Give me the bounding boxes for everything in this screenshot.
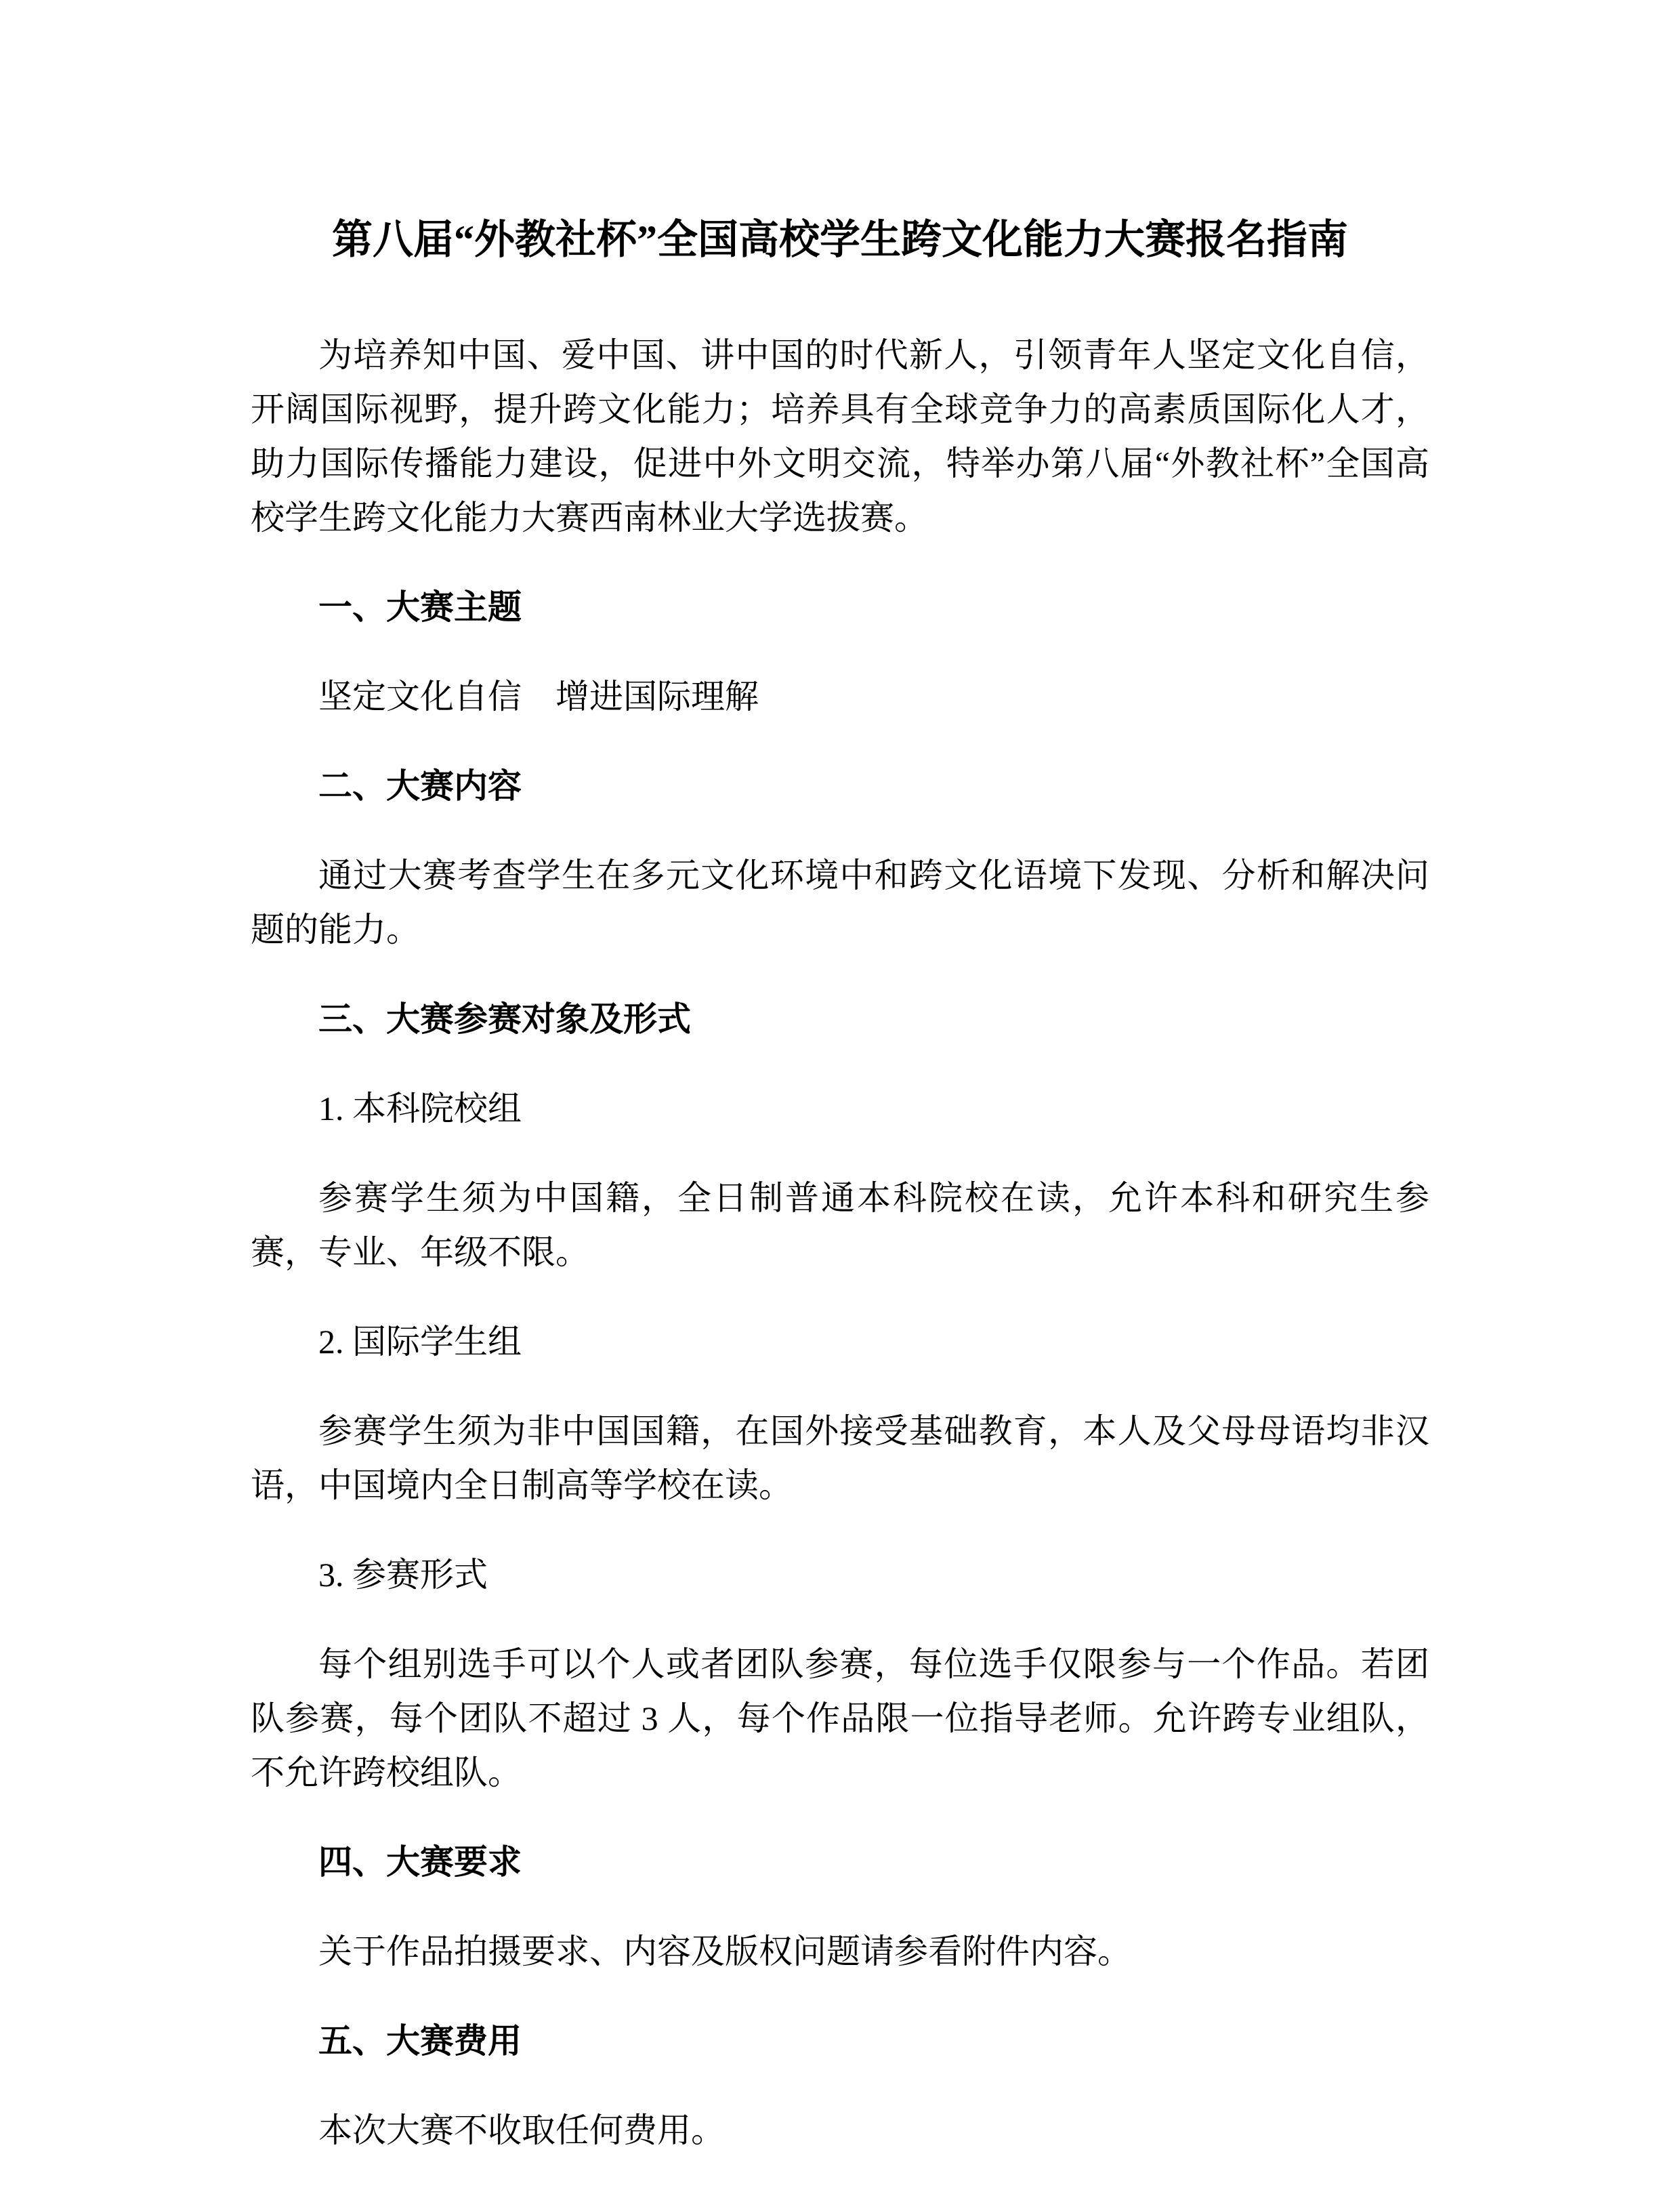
section-participants-heading: 三、大赛参赛对象及形式 — [251, 992, 1429, 1046]
subsection-international-label: 2. 国际学生组 — [251, 1315, 1429, 1369]
subsection-format-paragraph: 每个组别选手可以个人或者团队参赛，每位选手仅限参与一个作品。若团队参赛，每个团队… — [251, 1637, 1429, 1800]
section-theme-paragraph: 坚定文化自信 增进国际理解 — [251, 669, 1429, 724]
subsection-undergraduate-paragraph: 参赛学生须为中国籍，全日制普通本科院校在读，允许本科和研究生参赛，专业、年级不限… — [251, 1171, 1429, 1279]
section-content-paragraph: 通过大赛考查学生在多元文化环境中和跨文化语境下发现、分析和解决问题的能力。 — [251, 848, 1429, 957]
subsection-format-label: 3. 参赛形式 — [251, 1548, 1429, 1602]
subsection-undergraduate-label: 1. 本科院校组 — [251, 1081, 1429, 1136]
section-content-heading: 二、大赛内容 — [251, 759, 1429, 813]
subsection-international-paragraph: 参赛学生须为非中国国籍，在国外接受基础教育，本人及父母母语均非汉语，中国境内全日… — [251, 1404, 1429, 1512]
section-fees-heading: 五、大赛费用 — [251, 2014, 1429, 2068]
section-requirements-paragraph: 关于作品拍摄要求、内容及版权问题请参看附件内容。 — [251, 1924, 1429, 1979]
section-theme-heading: 一、大赛主题 — [251, 580, 1429, 634]
section-requirements-heading: 四、大赛要求 — [251, 1835, 1429, 1889]
document-page: 第八届“外教社杯”全国高校学生跨文化能力大赛报名指南 为培养知中国、爱中国、讲中… — [0, 0, 1680, 2194]
document-title: 第八届“外教社杯”全国高校学生跨文化能力大赛报名指南 — [251, 209, 1429, 271]
intro-paragraph: 为培养知中国、爱中国、讲中国的时代新人，引领青年人坚定文化自信，开阔国际视野，提… — [251, 328, 1429, 545]
section-fees-paragraph: 本次大赛不收取任何费用。 — [251, 2103, 1429, 2157]
